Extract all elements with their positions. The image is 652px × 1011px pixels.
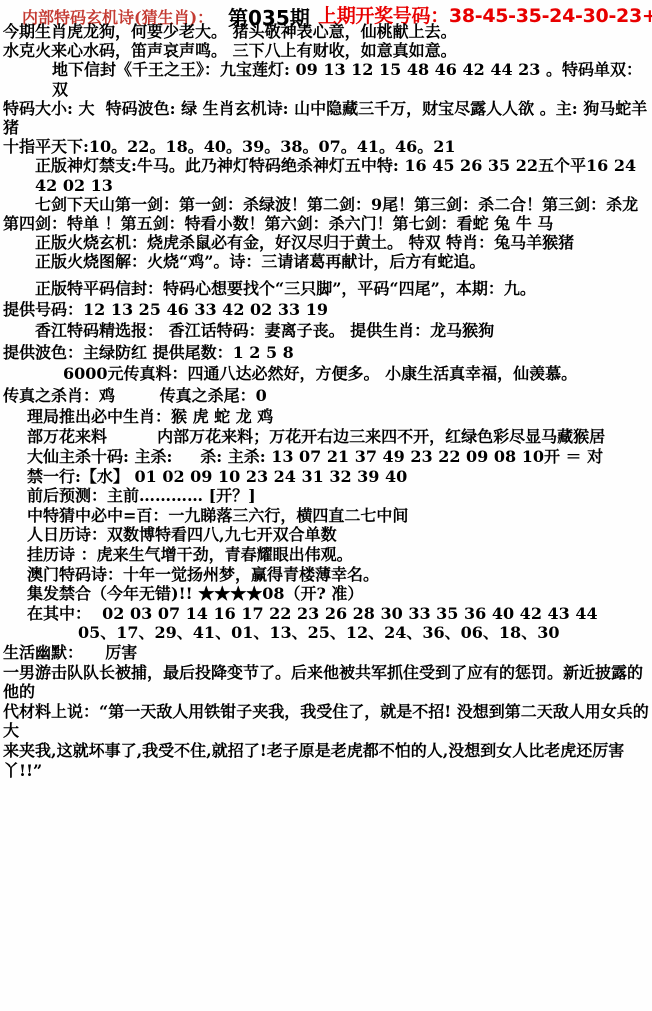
underground-letter-line: 地下信封《千王之王》：九宝莲灯: 09 13 12 15 48 46 42 44…	[0, 60, 652, 98]
seven-swords-line-1: 七剑下天山第一剑：第一剑：杀绿波！第二剑：9尾！第三剑：杀二合！第三剑：杀龙	[0, 195, 652, 214]
fax-material-line: 6000元传真料：四通八达必然好，方便多。 小康生活真幸福，仙羡慕。	[0, 363, 652, 384]
must-win-zodiac-line: 理局推出必中生肖：猴 虎 蛇 龙 鸡	[0, 406, 652, 427]
magic-lamp-line: 正版神灯禁支:牛马。此乃神灯特码绝杀神灯五中特: 16 45 26 35 22五…	[0, 156, 652, 194]
macau-code-poem-line: 澳门特码诗：十年一觉扬州梦，赢得青楼薄幸名。	[0, 565, 652, 585]
among-them-numbers-line-2: 05、17、29、41、01、13、25、12、24、36、06、18、30	[0, 623, 652, 643]
among-them-numbers-line-1: 在其中： 02 03 07 14 16 17 22 23 26 28 30 33…	[0, 604, 652, 624]
zodiac-poem-line-2: 水克火来心水码，笛声哀声鸣。 三下八上有财收，如意真如意。	[0, 41, 652, 60]
sheet-body: 今期生肖虎龙狗，何要少老大。 猪头敬神表心意，仙桃献上去。 水克火来心水码，笛声…	[0, 22, 652, 780]
mid-special-guess-line: 中特猜中必中=百：一九睇落三六行，横四直二七中间	[0, 506, 652, 526]
forbidden-row-line: 禁一行:【水】 01 02 09 10 23 24 31 32 39 40	[0, 467, 652, 487]
special-code-attributes-line: 特码大小: 大 特码波色: 绿 生肖玄机诗: 山中隐藏三千万，财宝尽露人人欲 。…	[0, 99, 652, 137]
fax-kill-zodiac-line: 传真之杀肖：鸡 传真之杀尾：0	[0, 385, 652, 406]
special-flat-code-letter-line: 正版特平码信封：特码心想要找个“三只脚”，平码“四尾”，本期：九。	[0, 278, 652, 299]
zodiac-poem-line-1: 今期生肖虎龙狗，何要少老大。 猪头敬神表心意，仙桃献上去。	[0, 22, 652, 41]
wall-calendar-poem-line: 挂历诗 ：虎来生气增干劲，青春耀眼出伟观。	[0, 545, 652, 565]
wanhua-material-line: 部万花来料 内部万花来料；万花开右边三来四不开，红绿色彩尽显马藏猴居	[0, 427, 652, 447]
before-after-forecast-line: 前后预测：主前………… [开？]	[0, 486, 652, 506]
sheet-header: 内部特码玄机诗(猜生肖)： 第035期 上期开奖号码：38-45-35-24-3…	[0, 0, 652, 24]
life-humor-title-line: 生活幽默： 厉害	[0, 643, 652, 663]
daxian-kill-ten-codes-line: 大仙主杀十码: 主杀: 杀: 主杀: 13 07 21 37 49 23 22 …	[0, 447, 652, 467]
humor-story-line-3: 来夹我,这就坏事了,我受不住,就招了!老子原是老虎都不怕的人,没想到女人比老虎还…	[0, 741, 652, 780]
fire-burn-diagram-line: 正版火烧图解：火烧“鸡”。诗：三请诸葛再献计，后方有蛇追。	[0, 252, 652, 271]
xiangjiang-report-line: 香江特码精选报： 香江话特码：妻离子丧。 提供生肖：龙马猴狗	[0, 320, 652, 341]
humor-story-line-1: 一男游击队队长被捕，最后投降变节了。后来他被共军抓住受到了应有的惩罚。新近披露的…	[0, 663, 652, 702]
provided-wave-color-line: 提供波色：主绿防红 提供尾数：1 2 5 8	[0, 342, 652, 363]
humor-story-line-2: 代材料上说：“第一天敌人用铁钳子夹我，我受住了，就是不招! 没想到第二天敌人用女…	[0, 702, 652, 741]
ten-fingers-numbers-line: 十指平天下:10。22。18。40。39。38。07。41。46。21	[0, 137, 652, 156]
jifa-forbidden-combo-line: 集发禁合（今年无错)!! ★★★★08（开? 准）	[0, 584, 652, 604]
seven-swords-line-2: 第四剑：特单 ！第五剑：特看小数！第六剑：杀六门！第七剑：看蛇 兔 牛 马	[0, 214, 652, 233]
lottery-tip-sheet: 内部特码玄机诗(猜生肖)： 第035期 上期开奖号码：38-45-35-24-3…	[0, 0, 652, 1011]
fire-burn-mystery-line: 正版火烧玄机：烧虎杀鼠必有金，好汉尽归于黄土。 特双 特肖：兔马羊猴猪	[0, 233, 652, 252]
provided-numbers-line: 提供号码：12 13 25 46 33 42 02 33 19	[0, 299, 652, 320]
day-calendar-poem-line: 人日历诗：双数博特看四八,九七开双合单数	[0, 525, 652, 545]
